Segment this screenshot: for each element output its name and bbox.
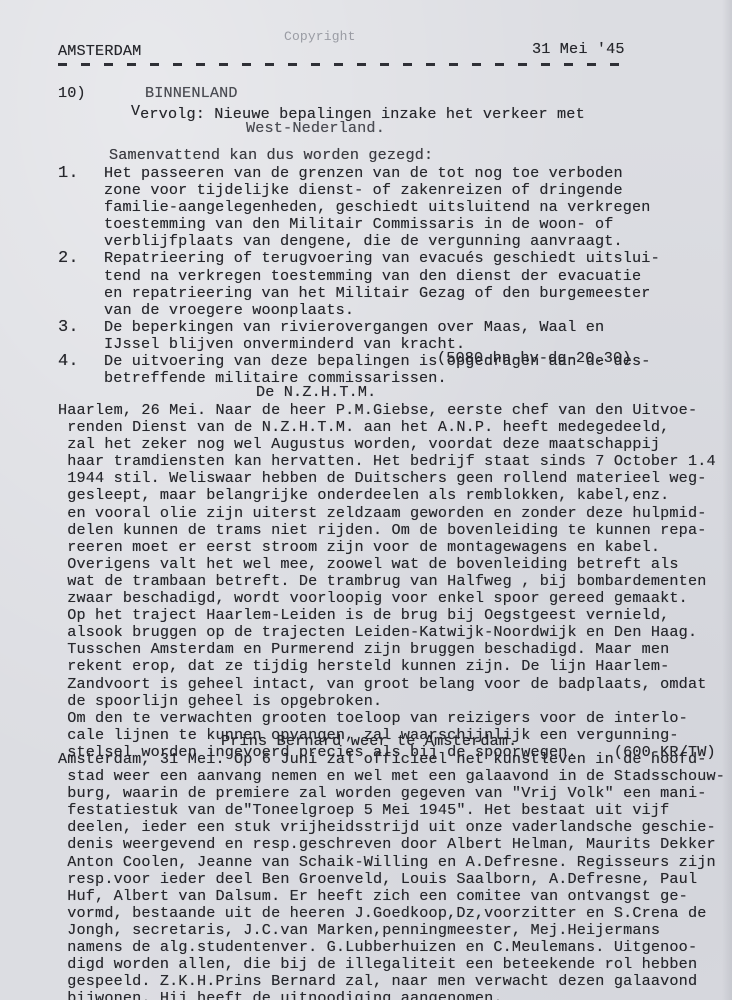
summary-intro: Samenvattend kan dus worden gezegd: bbox=[109, 147, 433, 164]
list-item-text: De beperkingen van rivierovergangen over… bbox=[104, 319, 660, 353]
section-title: BINNENLAND bbox=[145, 85, 238, 102]
dashed-separator bbox=[58, 63, 624, 66]
text-line: toestemming van den Militair Commissaris… bbox=[104, 216, 660, 233]
text-line: Het passeeren van de grenzen van de tot … bbox=[104, 165, 660, 182]
subtitle-line-2: West-Nederland. bbox=[246, 120, 385, 137]
document-page: Copyright AMSTERDAM 31 Mei '45 10) BINNE… bbox=[0, 0, 732, 1000]
text-line-content: zwaar beschadigd, wordt voorloopig voor … bbox=[58, 589, 688, 607]
text-line: Jongh, secretaris, J.C.van Marken,pennin… bbox=[58, 922, 725, 939]
text-line: tend na verkregen toestemming van den di… bbox=[104, 268, 660, 285]
header-date: 31 Mei '45 bbox=[532, 41, 625, 58]
text-line-content: namens de alg.studentenver. G.Lubberhuiz… bbox=[58, 938, 697, 956]
list-item-number: 3. bbox=[58, 319, 79, 336]
text-line: vormd, bestaande uit de heeren J.Goedkoo… bbox=[58, 905, 725, 922]
text-line-content: resp.voor ieder deel Ben Groenveld, Loui… bbox=[58, 870, 697, 888]
text-line: Huf, Albert van Dalsum. Er heeft zich ee… bbox=[58, 888, 725, 905]
text-line-content: Zandvoort is geheel intact, van groot be… bbox=[58, 675, 706, 693]
summary-list-item: 1.Het passeeren van de grenzen van de to… bbox=[58, 165, 660, 250]
text-line-content: burg, waarin de premiere zal worden gege… bbox=[58, 784, 706, 802]
section-number: 10) bbox=[58, 85, 86, 102]
text-line: zone voor tijdelijke dienst- of zakenrei… bbox=[104, 182, 660, 199]
text-line: haar tramdiensten kan hervatten. Het bed… bbox=[58, 453, 716, 470]
text-line-content: stad weer een aanvang nemen en wel met e… bbox=[58, 767, 725, 785]
summary-list-item: 3.De beperkingen van rivierovergangen ov… bbox=[58, 319, 660, 353]
text-line-content: Om den te verwachten grooten toeloop van… bbox=[58, 709, 688, 727]
summary-list-item: 2.Repatrieering of terugvoering van evac… bbox=[58, 250, 660, 318]
text-line-content: renden Dienst van de N.Z.H.T.M. aan het … bbox=[58, 418, 669, 436]
text-line: Tusschen Amsterdam en Purmerend zijn bru… bbox=[58, 641, 716, 658]
text-line-content: Overigens valt het wel mee, zoowel wat d… bbox=[58, 555, 679, 573]
text-line-content: 1944 stil. Weliswaar hebben de Duitscher… bbox=[58, 469, 706, 487]
text-line: Amsterdam, 31 Mei. Op 6 Juni zal officie… bbox=[58, 751, 725, 768]
text-line-content: en vooral olie zijn uiterst zeldzaam gew… bbox=[58, 504, 706, 522]
text-line-content: deelen, ieder een stuk vrijheidsstrijd u… bbox=[58, 818, 716, 836]
text-line-content: Jongh, secretaris, J.C.van Marken,pennin… bbox=[58, 921, 660, 939]
summary-reference: (5080-hn-hv-dg-20.30) bbox=[437, 350, 632, 367]
text-line: wat de trambaan betreft. De trambrug van… bbox=[58, 573, 716, 590]
text-line: Zandvoort is geheel intact, van groot be… bbox=[58, 676, 716, 693]
text-line-content: de spoorlijn geheel is opgebroken. bbox=[58, 692, 382, 710]
text-line: De beperkingen van rivierovergangen over… bbox=[104, 319, 660, 336]
text-line: Haarlem, 26 Mei. Naar de heer P.M.Giebse… bbox=[58, 402, 716, 419]
text-line: rekent erop, dat ze tijdig hersteld kunn… bbox=[58, 658, 716, 675]
text-line: Op het traject Haarlem-Leiden is de brug… bbox=[58, 607, 716, 624]
text-line: gesleept, maar belangrijke onderdeelen a… bbox=[58, 487, 716, 504]
text-line: van de vroegere woonplaats. bbox=[104, 302, 660, 319]
text-line: delen kunnen de trams niet rijden. Om de… bbox=[58, 522, 716, 539]
header-city: AMSTERDAM bbox=[58, 43, 141, 60]
text-line: stad weer een aanvang nemen en wel met e… bbox=[58, 768, 725, 785]
text-line-content: Tusschen Amsterdam en Purmerend zijn bru… bbox=[58, 640, 669, 658]
text-line: bijwonen. Hij heeft de uitnoodiging aang… bbox=[58, 990, 725, 1000]
text-line-content: haar tramdiensten kan hervatten. Het bed… bbox=[58, 452, 716, 470]
text-line: burg, waarin de premiere zal worden gege… bbox=[58, 785, 725, 802]
text-line-content: gespeeld. Z.K.H.Prins Bernard zal, naar … bbox=[58, 972, 697, 990]
text-line: en vooral olie zijn uiterst zeldzaam gew… bbox=[58, 505, 716, 522]
text-line: denis weergevend en resp.geschreven door… bbox=[58, 836, 725, 853]
list-item-number: 1. bbox=[58, 165, 79, 182]
text-line: verblijfplaats van dengene, die de vergu… bbox=[104, 233, 660, 250]
text-line: zal het zeker nog wel Augustus worden, v… bbox=[58, 436, 716, 453]
text-line-content: alsook bruggen op de trajecten Leiden-Ka… bbox=[58, 623, 697, 641]
article-title: De N.Z.H.T.M. bbox=[256, 384, 376, 401]
text-line: deelen, ieder een stuk vrijheidsstrijd u… bbox=[58, 819, 725, 836]
text-line-content: gesleept, maar belangrijke onderdeelen a… bbox=[58, 486, 669, 504]
text-line: digd worden allen, die bij de illegalite… bbox=[58, 956, 725, 973]
text-line: familie-aangelegenheden, geschiedt uitsl… bbox=[104, 199, 660, 216]
text-line-content: Anton Coolen, Jeanne van Schaik-Willing … bbox=[58, 853, 716, 871]
text-line: namens de alg.studentenver. G.Lubberhuiz… bbox=[58, 939, 725, 956]
text-line: de spoorlijn geheel is opgebroken. bbox=[58, 693, 716, 710]
text-line-content: denis weergevend en resp.geschreven door… bbox=[58, 835, 716, 853]
text-line: renden Dienst van de N.Z.H.T.M. aan het … bbox=[58, 419, 716, 436]
text-line: zwaar beschadigd, wordt voorloopig voor … bbox=[58, 590, 716, 607]
text-line: 1944 stil. Weliswaar hebben de Duitscher… bbox=[58, 470, 716, 487]
list-item-text: Het passeeren van de grenzen van de tot … bbox=[104, 165, 660, 250]
text-line: en repatrieering van het Militair Gezag … bbox=[104, 285, 660, 302]
page-edge-shadow bbox=[722, 0, 732, 1000]
text-line-content: rekent erop, dat ze tijdig hersteld kunn… bbox=[58, 657, 669, 675]
text-line-content: wat de trambaan betreft. De trambrug van… bbox=[58, 572, 706, 590]
text-line: alsook bruggen op de trajecten Leiden-Ka… bbox=[58, 624, 716, 641]
text-line-content: reeren moet er eerst stroom zijn voor de… bbox=[58, 538, 660, 556]
text-line: Repatrieering of terugvoering van evacué… bbox=[104, 250, 660, 267]
text-line-content: festatiestuk van de"Toneelgroep 5 Mei 19… bbox=[58, 801, 669, 819]
text-line: gespeeld. Z.K.H.Prins Bernard zal, naar … bbox=[58, 973, 725, 990]
text-line: Overigens valt het wel mee, zoowel wat d… bbox=[58, 556, 716, 573]
text-line: festatiestuk van de"Toneelgroep 5 Mei 19… bbox=[58, 802, 725, 819]
article-body: Haarlem, 26 Mei. Naar de heer P.M.Giebse… bbox=[58, 402, 716, 761]
text-line-content: Op het traject Haarlem-Leiden is de brug… bbox=[58, 606, 669, 624]
text-line: betreffende militaire commissarissen. bbox=[104, 370, 660, 387]
text-line-content: delen kunnen de trams niet rijden. Om de… bbox=[58, 521, 706, 539]
subtitle-initial: V bbox=[131, 103, 140, 120]
article-title: Prins Bernard weer te Amsterdam. bbox=[221, 733, 517, 750]
text-line: Anton Coolen, Jeanne van Schaik-Willing … bbox=[58, 854, 725, 871]
text-line: Om den te verwachten grooten toeloop van… bbox=[58, 710, 716, 727]
list-item-text: Repatrieering of terugvoering van evacué… bbox=[104, 250, 660, 318]
text-line-content: Haarlem, 26 Mei. Naar de heer P.M.Giebse… bbox=[58, 401, 697, 419]
text-line: resp.voor ieder deel Ben Groenveld, Loui… bbox=[58, 871, 725, 888]
text-line-content: digd worden allen, die bij de illegalite… bbox=[58, 955, 697, 973]
copyright-stamp: Copyright bbox=[284, 28, 356, 45]
text-line-content: Huf, Albert van Dalsum. Er heeft zich ee… bbox=[58, 887, 688, 905]
list-item-number: 2. bbox=[58, 250, 79, 267]
article-body: Amsterdam, 31 Mei. Op 6 Juni zal officie… bbox=[58, 751, 725, 1000]
text-line-content: vormd, bestaande uit de heeren J.Goedkoo… bbox=[58, 904, 706, 922]
text-line: reeren moet er eerst stroom zijn voor de… bbox=[58, 539, 716, 556]
list-item-number: 4. bbox=[58, 353, 79, 370]
text-line-content: zal het zeker nog wel Augustus worden, v… bbox=[58, 435, 660, 453]
text-line-content: Amsterdam, 31 Mei. Op 6 Juni zal officie… bbox=[58, 750, 706, 768]
text-line-content: bijwonen. Hij heeft de uitnoodiging aang… bbox=[58, 989, 503, 1000]
